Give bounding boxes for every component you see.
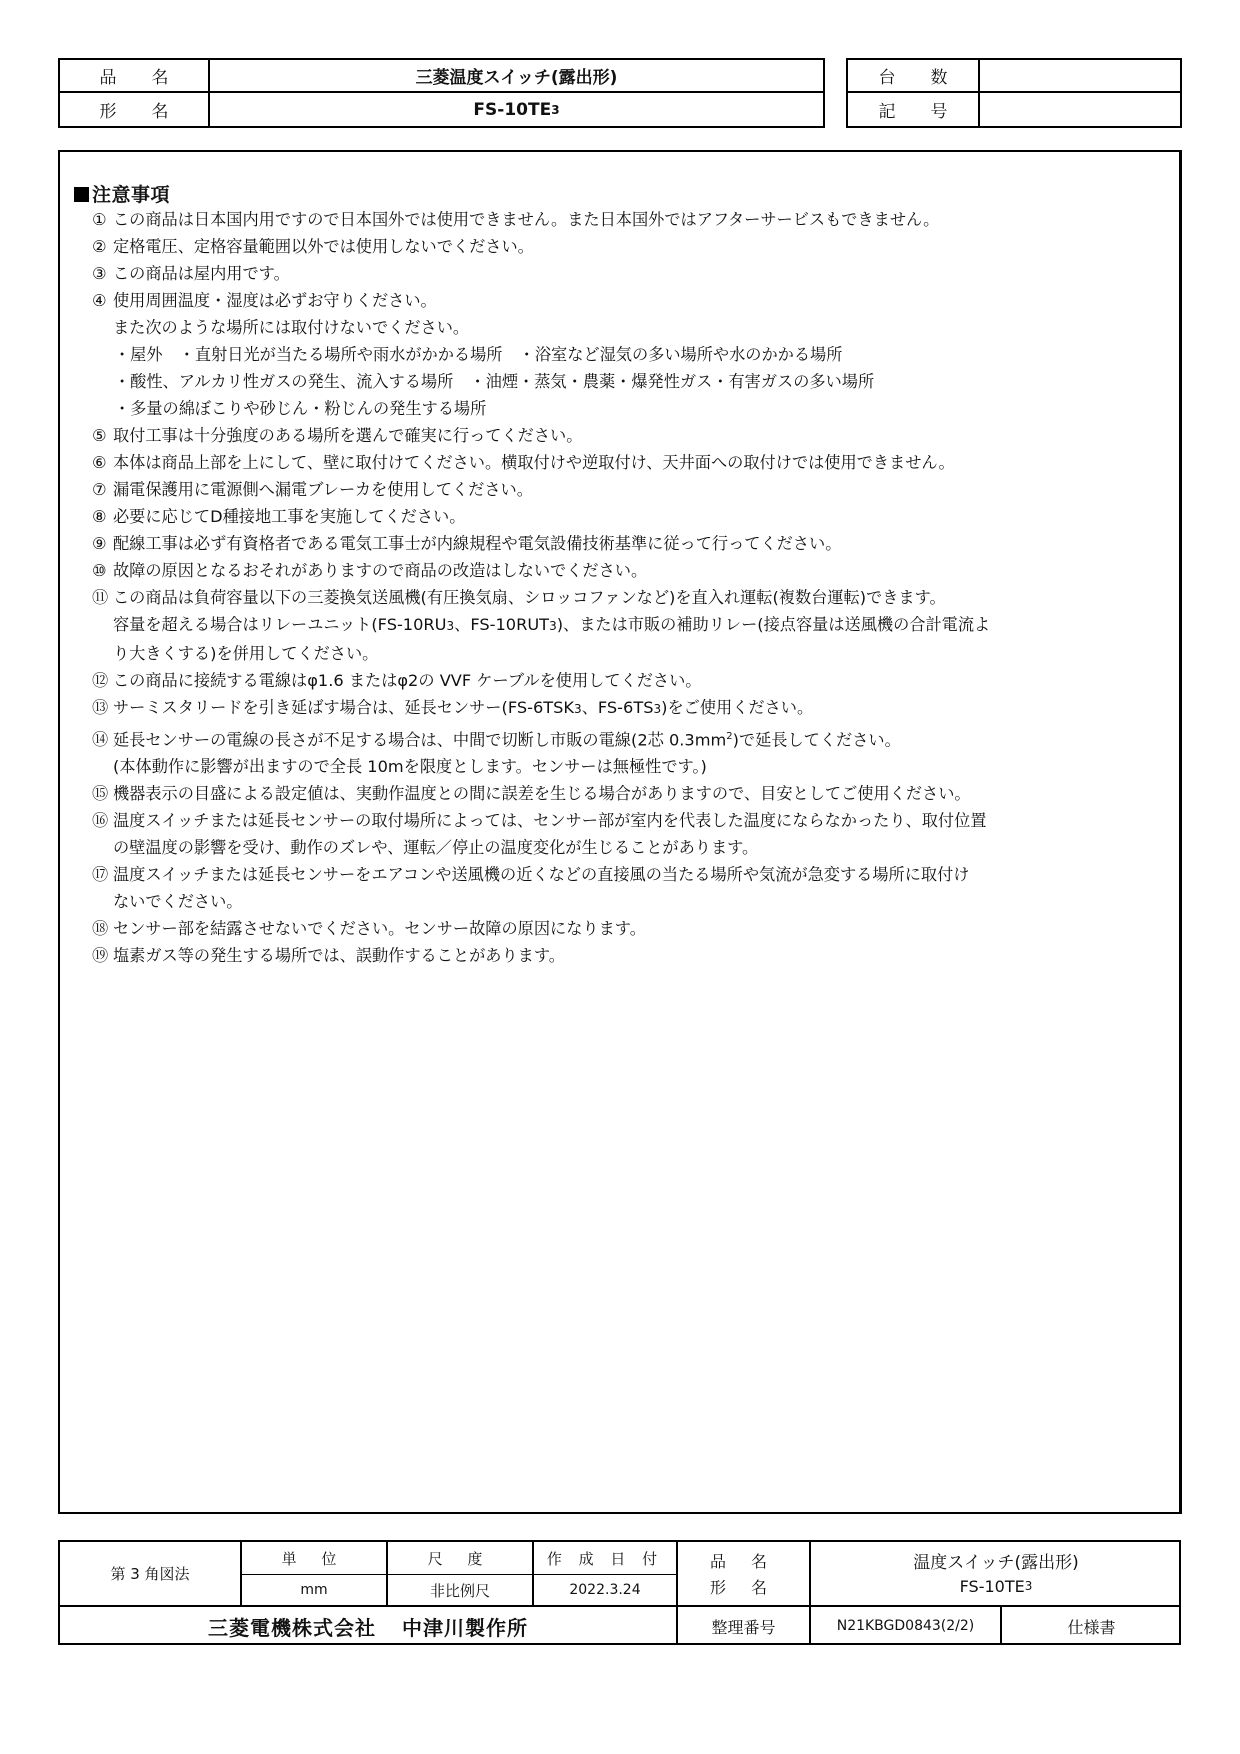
note-item-12: ⑫この商品に接続する電線はφ1.6 またはφ2の VVF ケーブルを使用してくだ… (92, 667, 1159, 694)
note-item-5: ⑤取付工事は十分強度のある場所を選んで確実に行ってください。 (92, 422, 1159, 449)
note-text: また次のような場所には取付けないでください。 (92, 314, 1159, 341)
model-name-subscript: 3 (551, 103, 559, 117)
note-text: 配線工事は必ず有資格者である電気工事士が内線規程や電気設備技術基準に従って行って… (113, 534, 841, 553)
note-number: ⑭ (92, 726, 113, 753)
note-text: 塩素ガス等の発生する場所では、誤動作することがあります。 (113, 946, 565, 965)
note-text: (本体動作に影響が出ますので全長 10mを限度とします。センサーは無極性です。) (92, 753, 1159, 780)
model-label: 形 名 (678, 1572, 809, 1600)
note-number: ⑪ (92, 584, 113, 611)
note-item-10: ⑩故障の原因となるおそれがありますので商品の改造はしないでください。 (92, 557, 1159, 584)
text-part: )、または市販の補助リレー(接点容量は送風機の合計電流よ (557, 615, 991, 634)
black-square-icon (74, 187, 89, 202)
label-char: 名 (152, 97, 169, 122)
company-name: 三菱電機株式会社 中津川製作所 (60, 1607, 676, 1645)
note-item-4: ④使用周囲温度・湿度は必ずお守りください。 また次のような場所には取付けないでく… (92, 287, 1159, 422)
note-number: ⑮ (92, 780, 113, 807)
text-part: サーミスタリードを引き延ばす場合は、延長センサー(FS-6TSK (113, 698, 574, 717)
unit-value: mm (242, 1575, 386, 1605)
note-text: この商品は屋内用です。 (113, 264, 290, 283)
note-item-17: ⑰温度スイッチまたは延長センサーをエアコンや送風機の近くなどの直接風の当たる場所… (92, 861, 1159, 915)
subscript: 3 (549, 619, 557, 633)
note-item-9: ⑨配線工事は必ず有資格者である電気工事士が内線規程や電気設備技術基準に従って行っ… (92, 530, 1159, 557)
note-number: ① (92, 206, 113, 233)
text-part: 、FS-10RUT (454, 615, 549, 634)
projection-method: 第 3 角図法 (60, 1542, 240, 1605)
notes-title-text: 注意事項 (92, 184, 170, 206)
note-item-14: ⑭延長センサーの電線の長さが不足する場合は、中間で切断し市販の電線(2芯 0.3… (92, 723, 1159, 780)
note-item-7: ⑦漏電保護用に電源側へ漏電ブレーカを使用してください。 (92, 476, 1159, 503)
subscript: 3 (574, 702, 582, 716)
date-label: 作 成 日 付 (534, 1542, 676, 1574)
note-number: ⑰ (92, 861, 113, 888)
text-part: 容量を超える場合はリレーユニット(FS-10RU (113, 615, 447, 634)
note-item-19: ⑲塩素ガス等の発生する場所では、誤動作することがあります。 (92, 942, 1159, 969)
note-bullet: ・多量の綿ぼこりや砂じん・粉じんの発生する場所 (92, 395, 1159, 422)
note-item-16: ⑯温度スイッチまたは延長センサーの取付場所によっては、センサー部が室内を代表した… (92, 807, 1159, 861)
quantity-label: 台数 (848, 60, 980, 93)
note-number: ⑲ (92, 942, 113, 969)
label-char: 数 (931, 63, 948, 88)
product-info-table: 品名 三菱温度スイッチ(露出形) 形名 FS-10TE3 (58, 58, 825, 128)
note-bullet: ・屋外 ・直射日光が当たる場所や雨水がかかる場所 ・浴室など湿気の多い場所や水の… (92, 341, 1159, 368)
subscript: 3 (447, 619, 455, 633)
notes-box: 注意事項 ①この商品は日本国内用ですので日本国外では使用できません。また日本国外… (58, 150, 1182, 1514)
notes-list: ①この商品は日本国内用ですので日本国外では使用できません。また日本国外ではアフタ… (92, 206, 1159, 969)
product-name-value: 三菱温度スイッチ(露出形) (210, 60, 823, 93)
date-value: 2022.3.24 (534, 1575, 676, 1605)
note-text: 機器表示の目盛による設定値は、実動作温度との間に誤差を生じる場合がありますので、… (113, 784, 971, 803)
note-number: ⑤ (92, 422, 113, 449)
note-text: センサー部を結露させないでください。センサー故障の原因になります。 (113, 919, 646, 938)
product-model-subscript: 3 (1025, 1579, 1033, 1593)
reference-number: N21KBGD0843(2/2) (811, 1607, 1000, 1645)
note-number: ② (92, 233, 113, 260)
product-model: FS-10TE3 (811, 1572, 1181, 1600)
note-text: の壁温度の影響を受け、動作のズレや、運転／停止の温度変化が生じることがあります。 (92, 834, 1159, 861)
note-number: ④ (92, 287, 113, 314)
note-number: ③ (92, 260, 113, 287)
label-char: 記 (879, 97, 931, 122)
note-number: ⑩ (92, 557, 113, 584)
note-number: ⑫ (92, 667, 113, 694)
text-part: 、FS-6TS (582, 698, 654, 717)
reference-label: 整理番号 (678, 1607, 809, 1645)
model-name-text: FS-10TE (473, 100, 551, 120)
note-text: 温度スイッチまたは延長センサーの取付場所によっては、センサー部が室内を代表した温… (113, 811, 986, 830)
product-name-label: 品名 (60, 60, 210, 93)
note-text: ないでください。 (92, 888, 1159, 915)
product-model-text: FS-10TE (960, 1577, 1025, 1596)
note-item-13: ⑬サーミスタリードを引き延ばす場合は、延長センサー(FS-6TSK3、FS-6T… (92, 694, 1159, 723)
note-text: 本体は商品上部を上にして、壁に取付けてください。横取付けや逆取付け、天井面への取… (113, 453, 955, 472)
note-item-11: ⑪この商品は負荷容量以下の三菱換気送風機(有圧換気扇、シロッコファンなど)を直入… (92, 584, 1159, 667)
model-name-value: FS-10TE3 (210, 93, 823, 126)
label-char: 名 (152, 63, 169, 88)
title-block: 第 3 角図法 単 位 mm 尺 度 非比例尺 作 成 日 付 2022.3.2… (58, 1540, 1181, 1645)
note-text: 必要に応じてD種接地工事を実施してください。 (113, 507, 465, 526)
note-number: ⑥ (92, 449, 113, 476)
subscript: 3 (653, 702, 661, 716)
notes-heading: 注意事項 (74, 180, 170, 207)
note-text: 定格電圧、定格容量範囲以外では使用しないでください。 (113, 237, 534, 256)
symbol-label: 記号 (848, 93, 980, 126)
quantity-value (980, 60, 1180, 93)
note-number: ⑦ (92, 476, 113, 503)
note-text: 使用周囲温度・湿度は必ずお守りください。 (113, 291, 437, 310)
product-name: 温度スイッチ(露出形) (811, 1546, 1181, 1574)
note-text: 取付工事は十分強度のある場所を選んで確実に行ってください。 (113, 426, 582, 445)
note-item-2: ②定格電圧、定格容量範囲以外では使用しないでください。 (92, 233, 1159, 260)
note-item-18: ⑱センサー部を結露させないでください。センサー故障の原因になります。 (92, 915, 1159, 942)
document-type: 仕様書 (1002, 1607, 1181, 1645)
text-part: )で延長してください。 (733, 730, 901, 749)
note-text: 漏電保護用に電源側へ漏電ブレーカを使用してください。 (113, 480, 533, 499)
symbol-value (980, 93, 1180, 126)
model-name-label: 形名 (60, 93, 210, 126)
label-char: 台 (879, 63, 931, 88)
note-number: ⑯ (92, 807, 113, 834)
name-label: 品 名 (678, 1546, 809, 1574)
note-text: この商品は日本国内用ですので日本国外では使用できません。また日本国外ではアフター… (113, 210, 939, 229)
note-number: ⑬ (92, 694, 113, 721)
note-number: ⑱ (92, 915, 113, 942)
note-text: この商品に接続する電線はφ1.6 またはφ2の VVF ケーブルを使用してくださ… (113, 671, 701, 690)
note-item-6: ⑥本体は商品上部を上にして、壁に取付けてください。横取付けや逆取付け、天井面への… (92, 449, 1159, 476)
note-item-15: ⑮機器表示の目盛による設定値は、実動作温度との間に誤差を生じる場合がありますので… (92, 780, 1159, 807)
unit-label: 単 位 (242, 1542, 386, 1574)
scale-label: 尺 度 (388, 1542, 532, 1574)
note-number: ⑨ (92, 530, 113, 557)
label-char: 号 (931, 97, 948, 122)
text-part: 延長センサーの電線の長さが不足する場合は、中間で切断し市販の電線(2芯 0.3m… (113, 730, 726, 749)
note-number: ⑧ (92, 503, 113, 530)
note-item-1: ①この商品は日本国内用ですので日本国外では使用できません。また日本国外ではアフタ… (92, 206, 1159, 233)
note-item-8: ⑧必要に応じてD種接地工事を実施してください。 (92, 503, 1159, 530)
scale-value: 非比例尺 (388, 1575, 532, 1605)
note-bullet: ・酸性、アルカリ性ガスの発生、流入する場所 ・油煙・蒸気・農薬・爆発性ガス・有害… (92, 368, 1159, 395)
note-text: 容量を超える場合はリレーユニット(FS-10RU3、FS-10RUT3)、または… (92, 611, 1159, 640)
note-text: 故障の原因となるおそれがありますので商品の改造はしないでください。 (113, 561, 647, 580)
note-text: り大きくする)を併用してください。 (92, 640, 1159, 667)
note-text: 温度スイッチまたは延長センサーをエアコンや送風機の近くなどの直接風の当たる場所や… (113, 865, 969, 884)
note-text: この商品は負荷容量以下の三菱換気送風機(有圧換気扇、シロッコファンなど)を直入れ… (113, 588, 946, 607)
note-item-3: ③この商品は屋内用です。 (92, 260, 1159, 287)
quantity-symbol-table: 台数 記号 (846, 58, 1182, 128)
label-char: 形 (100, 97, 152, 122)
label-char: 品 (100, 63, 152, 88)
text-part: )をご使用ください。 (661, 698, 813, 717)
